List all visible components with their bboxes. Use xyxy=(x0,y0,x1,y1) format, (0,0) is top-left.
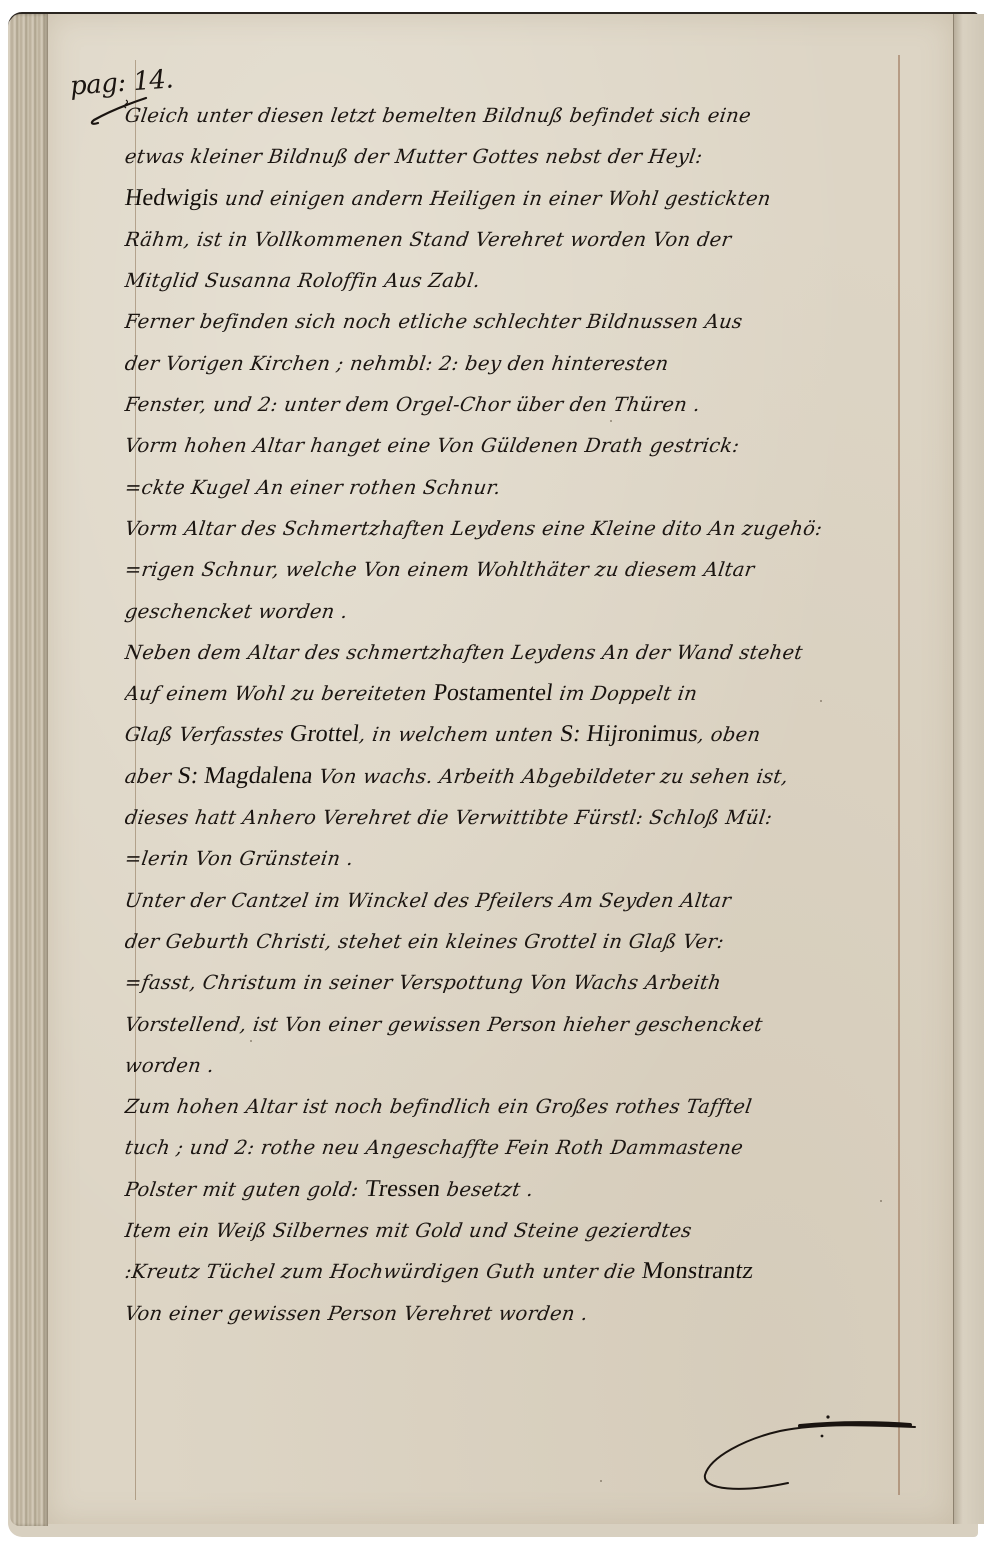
kurrent-text: aber xyxy=(123,765,179,788)
latin-script-word: Grottel xyxy=(288,721,361,747)
latin-script-word: Hedwigis xyxy=(123,185,220,211)
latin-script-word: S: Magdalena xyxy=(176,763,315,789)
kurrent-text: Rähm, ist in Vollkommenen Stand Verehret… xyxy=(123,228,733,251)
kurrent-text: im Doppelt in xyxy=(551,682,699,705)
kurrent-text: und einigen andern Heiligen in einer Woh… xyxy=(217,187,772,210)
latin-script-word: Postamentel xyxy=(432,680,555,706)
kurrent-text: =rigen Schnur, welche Von einem Wohlthät… xyxy=(123,558,756,581)
manuscript-line: Neben dem Altar des schmertzhaften Leyde… xyxy=(122,632,903,673)
manuscript-line: =fasst, Christum in seiner Verspottung V… xyxy=(122,962,903,1003)
kurrent-text: Von wachs. Arbeith Abgebildeter zu sehen… xyxy=(311,765,790,788)
manuscript-line: der Geburth Christi, stehet ein kleines … xyxy=(122,921,903,962)
kurrent-text: geschencket worden . xyxy=(123,600,349,623)
kurrent-text: =fasst, Christum in seiner Verspottung V… xyxy=(123,971,722,994)
manuscript-line: geschencket worden . xyxy=(122,591,903,632)
manuscript-line: Hedwigis und einigen andern Heiligen in … xyxy=(122,178,903,219)
manuscript-line: Ferner befinden sich noch etliche schlec… xyxy=(122,301,903,342)
kurrent-text: Ferner befinden sich noch etliche schlec… xyxy=(123,310,744,333)
manuscript-line: Polster mit guten gold: Tressen besetzt … xyxy=(122,1169,903,1210)
kurrent-text: , in welchem unten xyxy=(358,723,562,746)
manuscript-line: aber S: Magdalena Von wachs. Arbeith Abg… xyxy=(122,756,903,797)
kurrent-text: Vorm Altar des Schmertzhaften Leydens ei… xyxy=(123,517,823,540)
manuscript-line: Item ein Weiß Silbernes mit Gold und Ste… xyxy=(122,1210,903,1251)
book-fore-edges xyxy=(10,14,48,1526)
manuscript-line: Zum hohen Altar ist noch befindlich ein … xyxy=(122,1086,903,1127)
kurrent-text: der Vorigen Kirchen ; nehmbl: 2: bey den… xyxy=(123,352,670,375)
kurrent-text: Unter der Cantzel im Winckel des Pfeiler… xyxy=(123,889,732,912)
manuscript-line: Von einer gewissen Person Verehret worde… xyxy=(122,1293,903,1334)
manuscript-line: dieses hatt Anhero Verehret die Verwitti… xyxy=(122,797,903,838)
manuscript-text-block: Gleich unter diesen letzt bemelten Bildn… xyxy=(125,95,900,1334)
kurrent-text: Item ein Weiß Silbernes mit Gold und Ste… xyxy=(123,1219,693,1242)
manuscript-line: tuch ; und 2: rothe neu Angeschaffte Fei… xyxy=(122,1127,903,1168)
manuscript-line: Fenster, und 2: unter dem Orgel-Chor übe… xyxy=(122,384,903,425)
kurrent-text: besetzt . xyxy=(439,1178,535,1201)
manuscript-line: Gleich unter diesen letzt bemelten Bildn… xyxy=(122,95,903,136)
manuscript-line: Auf einem Wohl zu bereiteten Postamentel… xyxy=(122,673,903,714)
kurrent-text: tuch ; und 2: rothe neu Angeschaffte Fei… xyxy=(123,1136,744,1159)
manuscript-line: =lerin Von Grünstein . xyxy=(122,838,903,879)
kurrent-text: , oben xyxy=(696,723,762,746)
kurrent-text: Fenster, und 2: unter dem Orgel-Chor übe… xyxy=(123,393,701,416)
manuscript-line: der Vorigen Kirchen ; nehmbl: 2: bey den… xyxy=(122,343,903,384)
manuscript-line: Glaß Verfasstes Grottel, in welchem unte… xyxy=(122,714,903,755)
manuscript-line: Vorstellend, ist Von einer gewissen Pers… xyxy=(122,1004,903,1045)
kurrent-text: etwas kleiner Bildnuß der Mutter Gottes … xyxy=(123,145,704,168)
manuscript-line: Rähm, ist in Vollkommenen Stand Verehret… xyxy=(122,219,903,260)
manuscript-line: Unter der Cantzel im Winckel des Pfeiler… xyxy=(122,880,903,921)
manuscript-line: etwas kleiner Bildnuß der Mutter Gottes … xyxy=(122,136,903,177)
manuscript-line: Mitglid Susanna Roloffin Aus Zabl. xyxy=(122,260,903,301)
kurrent-text: :Kreutz Tüchel zum Hochwürdigen Guth unt… xyxy=(123,1260,643,1283)
kurrent-text: Von einer gewissen Person Verehret worde… xyxy=(123,1302,589,1325)
manuscript-line: worden . xyxy=(122,1045,903,1086)
manuscript-line: Vorm hohen Altar hanget eine Von Güldene… xyxy=(122,425,903,466)
latin-script-word: Monstrantz xyxy=(640,1258,755,1284)
kurrent-text: Auf einem Wohl zu bereiteten xyxy=(123,682,435,705)
kurrent-text: Gleich unter diesen letzt bemelten Bildn… xyxy=(123,104,752,127)
kurrent-text: =lerin Von Grünstein . xyxy=(123,847,355,870)
closing-flourish-icon xyxy=(700,1395,940,1505)
manuscript-line: =rigen Schnur, welche Von einem Wohlthät… xyxy=(122,549,903,590)
kurrent-text: der Geburth Christi, stehet ein kleines … xyxy=(123,930,725,953)
kurrent-text: Neben dem Altar des schmertzhaften Leyde… xyxy=(123,641,804,664)
kurrent-text: Polster mit guten gold: xyxy=(123,1178,366,1201)
manuscript-line: =ckte Kugel An einer rothen Schnur. xyxy=(122,467,903,508)
kurrent-text: dieses hatt Anhero Verehret die Verwitti… xyxy=(123,806,773,829)
kurrent-text: Vorstellend, ist Von einer gewissen Pers… xyxy=(123,1013,764,1036)
kurrent-text: worden . xyxy=(123,1054,215,1077)
kurrent-text: Zum hohen Altar ist noch befindlich ein … xyxy=(123,1095,753,1118)
kurrent-text: =ckte Kugel An einer rothen Schnur. xyxy=(123,476,502,499)
manuscript-line: Vorm Altar des Schmertzhaften Leydens ei… xyxy=(122,508,903,549)
facing-page-edge xyxy=(953,14,984,1524)
kurrent-text: Mitglid Susanna Roloffin Aus Zabl. xyxy=(123,269,481,292)
manuscript-line: :Kreutz Tüchel zum Hochwürdigen Guth unt… xyxy=(122,1251,903,1292)
latin-script-word: S: Hijronimus xyxy=(558,721,700,747)
latin-script-word: Tressen xyxy=(363,1176,442,1202)
kurrent-text: Glaß Verfasstes xyxy=(123,723,291,746)
kurrent-text: Vorm hohen Altar hanget eine Von Güldene… xyxy=(123,434,741,457)
